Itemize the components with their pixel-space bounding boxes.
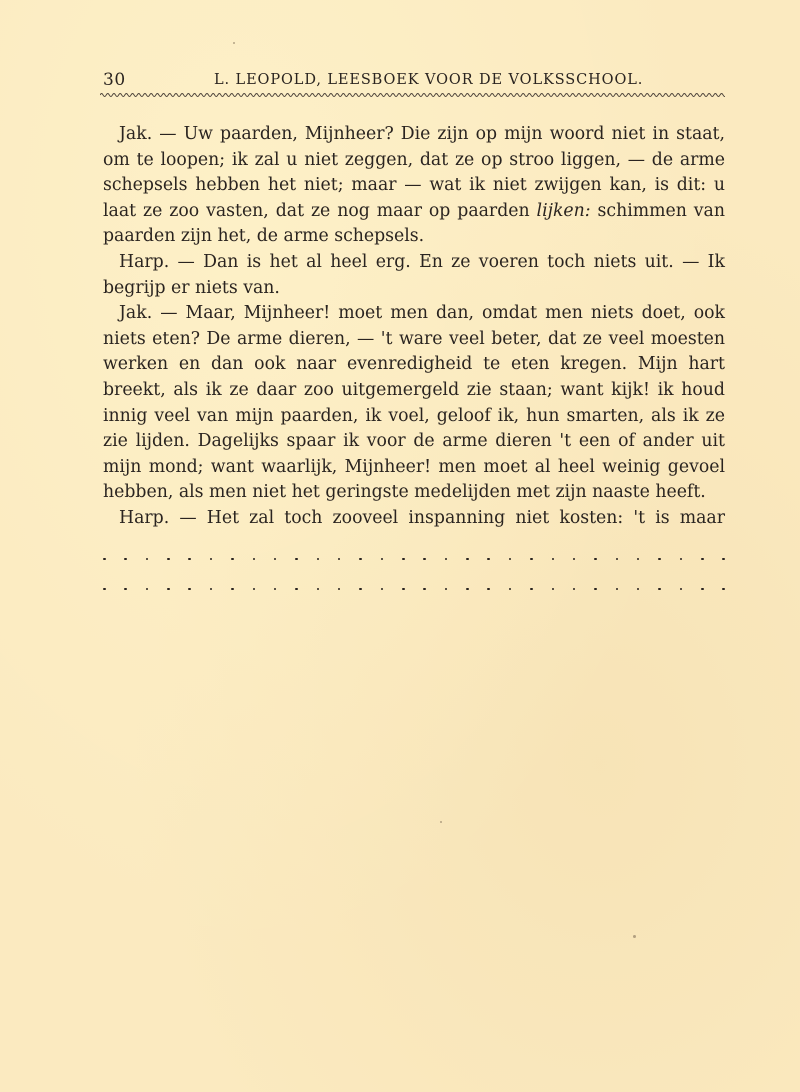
ellipsis-dot: [680, 588, 683, 591]
ellipsis-dot: [231, 588, 234, 591]
ellipsis-dot: [487, 588, 490, 591]
ellipsis-dot: [658, 588, 661, 591]
speaker: Harp.: [119, 252, 169, 272]
ellipsis-dot: [573, 588, 576, 591]
ellipsis-dot: [658, 558, 661, 561]
page-number: 30: [103, 70, 126, 90]
speaker: Jak.: [119, 124, 152, 144]
body-text: Jak. — Uw paarden, Mijnheer? Die zijn op…: [103, 122, 725, 532]
ellipsis-dot: [167, 588, 170, 591]
ellipsis-dot: [701, 558, 704, 561]
dialogue-text: — Het zal toch zooveel inspanning niet k…: [179, 508, 725, 528]
ellipsis-row: [103, 584, 725, 594]
ellipsis-dot: [722, 558, 725, 561]
ellipsis-dot: [188, 558, 191, 561]
running-title: L. LEOPOLD, LEESBOEK VOOR DE VOLKSSCHOOL…: [214, 72, 643, 88]
ellipsis-dot: [616, 558, 619, 561]
ellipsis-dot: [552, 588, 555, 591]
wavy-rule: [100, 90, 725, 100]
ellipsis-dot: [146, 588, 149, 591]
ellipsis-dot: [423, 558, 426, 561]
ellipsis-dot: [445, 588, 448, 591]
ellipsis-dot: [616, 588, 619, 591]
paragraph-4: Harp. — Het zal toch zooveel inspanning …: [103, 506, 725, 532]
paper-speck: [633, 935, 636, 938]
ellipsis-dot: [701, 588, 704, 591]
ellipsis-dot: [338, 588, 341, 591]
ellipsis-dot: [210, 588, 213, 591]
ellipsis-dot: [530, 558, 533, 561]
paper-speck: [233, 42, 235, 44]
ellipsis-dot: [552, 558, 555, 561]
ellipsis-dot: [402, 558, 405, 561]
ellipsis-dot: [509, 588, 512, 591]
ellipsis-dot: [124, 588, 127, 591]
book-page: 30 L. LEOPOLD, LEESBOEK VOOR DE VOLKSSCH…: [0, 0, 800, 1092]
emphasized-word: lijken:: [537, 201, 591, 221]
ellipsis-dot: [381, 558, 384, 561]
ellipsis-dot: [637, 558, 640, 561]
ellipsis-row: [103, 554, 725, 564]
ellipsis-dot: [722, 588, 725, 591]
ellipsis-dot: [124, 558, 127, 561]
ellipsis-dot: [274, 588, 277, 591]
ellipsis-dot: [381, 588, 384, 591]
ellipsis-dot: [295, 588, 298, 591]
ellipsis-dot: [231, 558, 234, 561]
ellipsis-dot: [487, 558, 490, 561]
speaker: Harp.: [119, 508, 169, 528]
ellipsis-dot: [680, 558, 683, 561]
ellipsis-dot: [317, 558, 320, 561]
ellipsis-dot: [274, 558, 277, 561]
ellipsis-dot: [637, 588, 640, 591]
ellipsis-dot: [295, 558, 298, 561]
speaker: Jak.: [119, 303, 152, 323]
ellipsis-dot: [167, 558, 170, 561]
paragraph-2: Harp. — Dan is het al heel erg. En ze vo…: [103, 250, 725, 301]
ellipsis-dot: [466, 588, 469, 591]
ellipsis-dot: [210, 558, 213, 561]
ellipsis-dot: [317, 588, 320, 591]
ellipsis-dot: [509, 558, 512, 561]
ellipsis-dot: [530, 588, 533, 591]
ellipsis-dot: [594, 558, 597, 561]
ellipsis-dot: [103, 558, 106, 561]
ellipsis-dot: [594, 588, 597, 591]
ellipsis-dot: [423, 588, 426, 591]
ellipsis-dot: [253, 558, 256, 561]
ellipsis-dot: [359, 588, 362, 591]
ellipsis-dot: [338, 558, 341, 561]
ellipsis-dot: [103, 588, 106, 591]
ellipsis-dot: [253, 588, 256, 591]
ellipsis-dot: [573, 558, 576, 561]
dialogue-text: — Maar, Mijnheer! moet men dan, omdat me…: [103, 303, 725, 502]
ellipsis-dot: [466, 558, 469, 561]
dialogue-text: — Dan is het al heel erg. En ze voeren t…: [103, 252, 725, 298]
ellipsis-dot: [359, 558, 362, 561]
ellipsis-dot: [402, 588, 405, 591]
paragraph-1: Jak. — Uw paarden, Mijnheer? Die zijn op…: [103, 122, 725, 250]
ellipsis-dot: [188, 588, 191, 591]
paragraph-3: Jak. — Maar, Mijnheer! moet men dan, omd…: [103, 301, 725, 506]
ellipsis-dot: [445, 558, 448, 561]
paper-speck: [440, 821, 442, 823]
ellipsis-dot: [146, 558, 149, 561]
